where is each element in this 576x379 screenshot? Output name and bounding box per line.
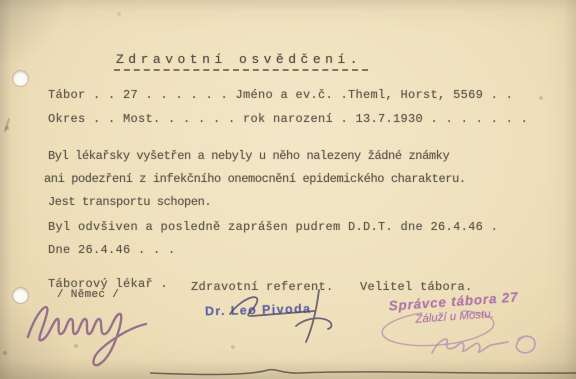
date-line: Dne 26.4.46 . . .: [48, 243, 176, 257]
title-underline: [114, 69, 368, 71]
field-district-and-birthdate: Okres . . Most. . . . . . rok narození .…: [48, 112, 528, 126]
paper-specks: [0, 0, 2, 2]
camp-commander-signature: [428, 330, 550, 360]
left-edge-mark: [4, 118, 10, 132]
camp-commander-label: Velitel tábora.: [360, 280, 473, 294]
health-certificate-document: Zdravotní osvědčení. Tábor . . 27 . . . …: [0, 0, 576, 379]
document-title: Zdravotní osvědčení.: [116, 52, 362, 67]
body-line-1: Byl lékařsky vyšetřen a nebyly u něho na…: [48, 149, 449, 163]
delousing-line: Byl odvšiven a posledně zaprášen pudrem …: [48, 220, 498, 234]
health-officer-signature: [220, 284, 360, 350]
camp-doctor-signature: [22, 293, 172, 371]
body-line-2: ani podezření z infekčního onemocnění ep…: [44, 172, 466, 186]
field-camp-and-name: Tábor . . 27 . . . . . . Jméno a ev.č. .…: [48, 88, 513, 102]
punch-hole-top: [13, 71, 28, 86]
body-line-3: Jest transportu schopen.: [48, 195, 211, 209]
paper-bottom-edge: [0, 366, 576, 379]
